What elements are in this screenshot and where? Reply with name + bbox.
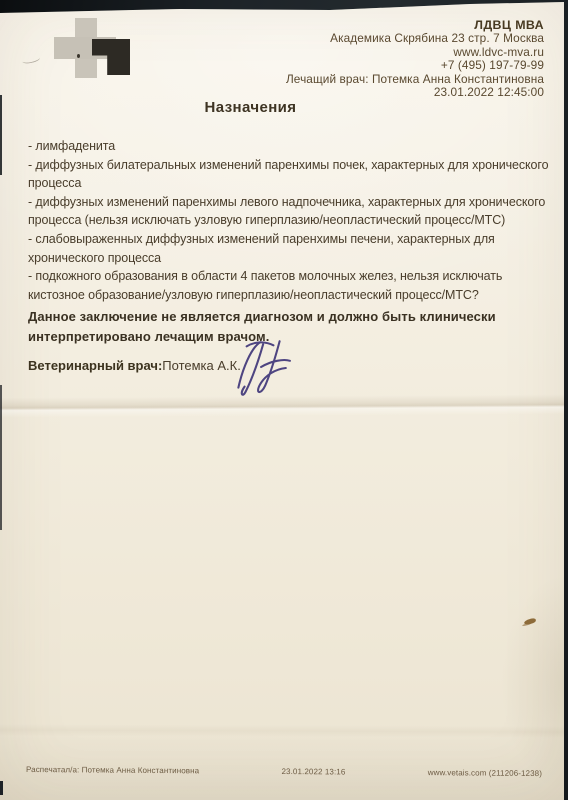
printed-by: Распечатал/а: Потемка Анна Константиновн… [26,765,199,775]
finding-item: - подкожного образования в области 4 пак… [28,267,550,304]
clinic-phone: +7 (495) 197-79-99 [286,59,544,72]
attending-doctor-line: Лечащий врач: Потемка Анна Константиновн… [286,73,544,86]
pen-scribble-mark [21,54,40,65]
signature-line: Ветеринарный врач:Потемка А.К. [28,358,241,373]
photo-edge-shadow [0,95,2,175]
photo-background: ЛДВЦ МВА Академика Скрябина 23 стр. 7 Мо… [0,0,568,800]
footer-website-ref: www.vetais.com (211206-1238) [428,768,542,778]
finding-item: - диффузных билатеральных изменений паре… [28,156,550,193]
clinic-website: www.ldvc-mva.ru [286,46,544,59]
print-datetime: 23.01.2022 13:16 [281,767,345,777]
finding-item: - слабовыраженных диффузных изменений па… [28,230,550,267]
finding-item: - диффузных изменений паренхимы левого н… [28,193,550,230]
clinic-name: ЛДВЦ МВА [286,19,544,32]
photo-edge-shadow [0,385,2,530]
document-title: Назначения [28,99,473,116]
document-datetime: 23.01.2022 12:45:00 [286,86,544,99]
signature-label: Ветеринарный врач: [28,358,162,373]
document-paper: ЛДВЦ МВА Академика Скрябина 23 стр. 7 Мо… [0,0,568,800]
clinic-logo [34,16,124,80]
photo-edge-shadow [0,781,3,795]
clinic-address: Академика Скрябина 23 стр. 7 Москва [286,32,544,45]
finding-item: - лимфаденита [28,137,550,156]
findings-list: - лимфаденита - диффузных билатеральных … [28,137,550,304]
fold-crease-faint [0,724,568,738]
letterhead: ЛДВЦ МВА Академика Скрябина 23 стр. 7 Мо… [286,19,544,99]
ink-dot-mark [77,54,80,58]
handwritten-signature [226,336,292,398]
fold-crease [0,394,568,417]
